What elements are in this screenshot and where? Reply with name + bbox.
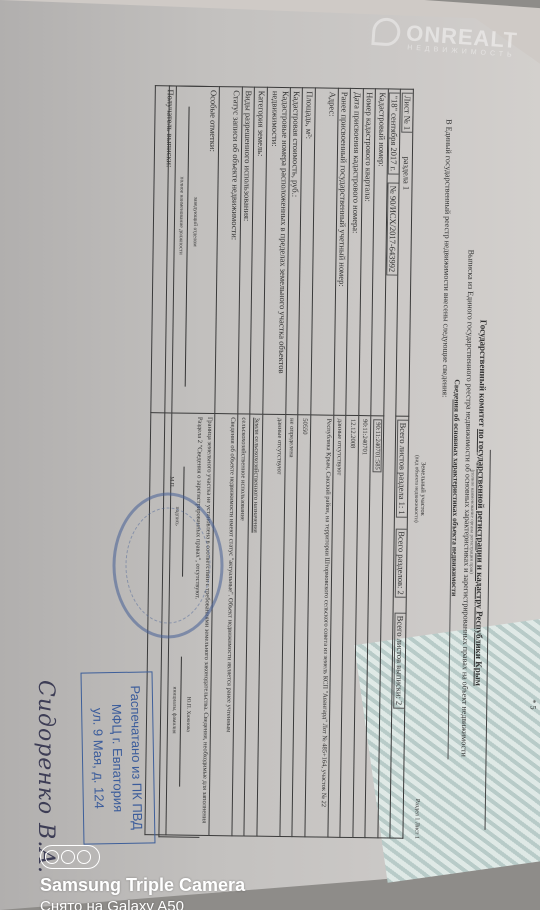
triple-camera-icon <box>40 845 100 869</box>
authority-note: (полное наименование органа регистрации … <box>468 470 474 574</box>
section-number: Раздел 1 Лист 1 <box>413 799 420 839</box>
camera-watermark: Samsung Triple Camera Снято на Galaxy A5… <box>40 845 245 910</box>
intro-text: В Единый государственный реестр недвижим… <box>441 119 454 397</box>
page-mark: * 5 <box>529 700 538 710</box>
print-stamp: Распечатано из ПК ПВД МФЦ г. Евпатория у… <box>81 671 156 844</box>
object-type: Земельный участок (вид объекта недвижимо… <box>412 419 427 559</box>
official-seal <box>113 493 224 639</box>
onrealt-logo-icon <box>371 17 401 47</box>
